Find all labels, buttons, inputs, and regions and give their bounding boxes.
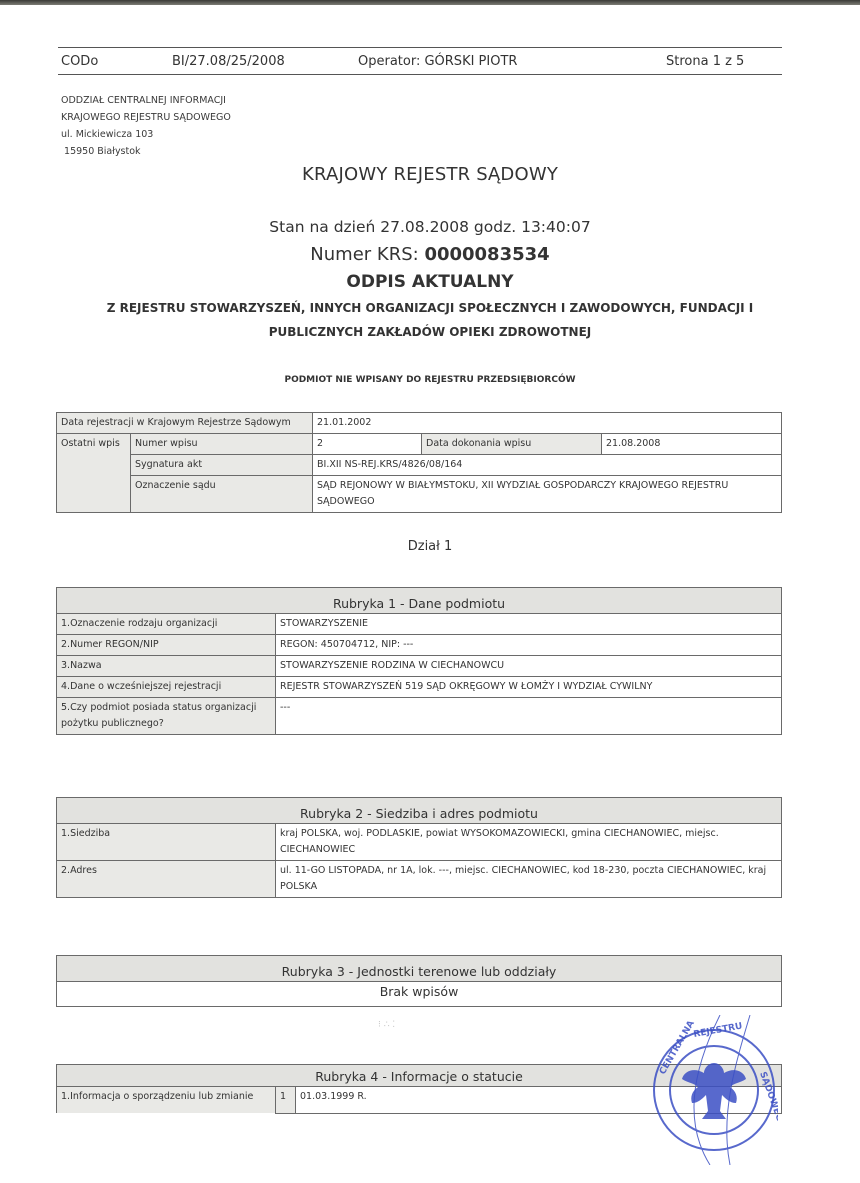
official-seal-icon: CENTRALNA REJESTRU SĄDOWEGO: [650, 1015, 778, 1165]
row-label: 2.Numer REGON/NIP: [57, 635, 276, 656]
row-value: ul. 11-GO LISTOPADA, nr 1A, lok. ---, mi…: [276, 861, 782, 898]
svg-text:SĄDOWEGO: SĄDOWEGO: [757, 1071, 778, 1131]
row-label: 4.Dane o wcześniejszej rejestracji: [57, 677, 276, 698]
rubryka-3-title: Rubryka 3 - Jednostki terenowe lub oddzi…: [57, 956, 782, 982]
subtitle-line-2: PUBLICZNYCH ZAKŁADÓW OPIEKI ZDROWOTNEJ: [0, 320, 860, 344]
svg-text:CENTRALNA: CENTRALNA: [658, 1019, 697, 1076]
table-row: 1.Oznaczenie rodzaju organizacji STOWARZ…: [57, 614, 782, 635]
scan-top-edge: [0, 0, 860, 5]
header-code: CODo: [61, 54, 98, 69]
case-value: BI.XII NS-REJ.KRS/4826/08/164: [313, 455, 782, 476]
row-value: ---: [276, 698, 782, 735]
table-row: 2.Numer REGON/NIP REGON: 450704712, NIP:…: [57, 635, 782, 656]
row-value: REGON: 450704712, NIP: ---: [276, 635, 782, 656]
row-label: 1.Siedziba: [57, 824, 276, 861]
svg-text:REJESTRU: REJESTRU: [693, 1022, 743, 1040]
header-rule-bottom: [58, 74, 782, 75]
row-index: 1: [276, 1087, 296, 1114]
court-value: SĄD REJONOWY W BIAŁYMSTOKU, XII WYDZIAŁ …: [313, 476, 782, 513]
subtitle-line-1: Z REJESTRU STOWARZYSZEŃ, INNYCH ORGANIZA…: [0, 296, 860, 320]
office-line: KRAJOWEGO REJESTRU SĄDOWEGO: [61, 109, 231, 126]
entry-no-label: Numer wpisu: [131, 434, 313, 455]
entry-date-label: Data dokonania wpisu: [422, 434, 602, 455]
table-row: 4.Dane o wcześniejszej rejestracji REJES…: [57, 677, 782, 698]
table-row: 3.Nazwa STOWARZYSZENIE RODZINA W CIECHAN…: [57, 656, 782, 677]
faded-stamp-mark: ⁝ ∴ ⁚: [378, 1020, 395, 1030]
table-row: 2.Adres ul. 11-GO LISTOPADA, nr 1A, lok.…: [57, 861, 782, 898]
row-label: 2.Adres: [57, 861, 276, 898]
row-label: 3.Nazwa: [57, 656, 276, 677]
rubryka-2-title: Rubryka 2 - Siedziba i adres podmiotu: [57, 798, 782, 824]
section-heading: Dział 1: [0, 539, 860, 554]
rubryka-3-table: Rubryka 3 - Jednostki terenowe lub oddzi…: [56, 955, 782, 1007]
row-label: 1.Oznaczenie rodzaju organizacji: [57, 614, 276, 635]
rubryka-1-table: Rubryka 1 - Dane podmiotu 1.Oznaczenie r…: [56, 587, 782, 735]
reg-date-value: 21.01.2002: [313, 413, 782, 434]
rubryka-2-table: Rubryka 2 - Siedziba i adres podmiotu 1.…: [56, 797, 782, 898]
header-page-number: Strona 1 z 5: [666, 54, 744, 69]
krs-label: Numer KRS:: [310, 244, 424, 265]
registry-title: KRAJOWY REJESTR SĄDOWY: [0, 164, 860, 185]
not-registered-note: PODMIOT NIE WPISANY DO REJESTRU PRZEDSIĘ…: [0, 375, 860, 385]
row-value: kraj POLSKA, woj. PODLASKIE, powiat WYSO…: [276, 824, 782, 861]
court-label: Oznaczenie sądu: [131, 476, 313, 513]
registration-meta-table: Data rejestracji w Krajowym Rejestrze Są…: [56, 412, 782, 513]
row-label: 1.Informacja o sporządzeniu lub zmianie: [57, 1087, 276, 1114]
header-rule-top: [58, 47, 782, 48]
reg-date-label: Data rejestracji w Krajowym Rejestrze Są…: [57, 413, 313, 434]
office-line: 15950 Białystok: [61, 143, 231, 160]
row-value: STOWARZYSZENIE: [276, 614, 782, 635]
row-value: REJESTR STOWARZYSZEŃ 519 SĄD OKRĘGOWY W …: [276, 677, 782, 698]
table-row: 5.Czy podmiot posiada status organizacji…: [57, 698, 782, 735]
table-row: 1.Siedziba kraj POLSKA, woj. PODLASKIE, …: [57, 824, 782, 861]
row-label: 5.Czy podmiot posiada status organizacji…: [57, 698, 276, 735]
krs-number: 0000083534: [424, 244, 549, 265]
register-subtitle: Z REJESTRU STOWARZYSZEŃ, INNYCH ORGANIZA…: [0, 296, 860, 344]
office-line: ODDZIAŁ CENTRALNEJ INFORMACJI: [61, 92, 231, 109]
issuing-office: ODDZIAŁ CENTRALNEJ INFORMACJI KRAJOWEGO …: [61, 92, 231, 160]
office-line: ul. Mickiewicza 103: [61, 126, 231, 143]
case-label: Sygnatura akt: [131, 455, 313, 476]
rubryka-1-title: Rubryka 1 - Dane podmiotu: [57, 588, 782, 614]
state-date: Stan na dzień 27.08.2008 godz. 13:40:07: [0, 218, 860, 236]
header-reference: BI/27.08/25/2008: [172, 54, 285, 69]
entry-no-value: 2: [313, 434, 422, 455]
header-operator: Operator: GÓRSKI PIOTR: [358, 54, 517, 69]
krs-number-line: Numer KRS: 0000083534: [0, 244, 860, 265]
document-type: ODPIS AKTUALNY: [0, 272, 860, 292]
last-entry-label: Ostatni wpis: [57, 434, 131, 513]
no-entries: Brak wpisów: [57, 982, 782, 1007]
row-value: STOWARZYSZENIE RODZINA W CIECHANOWCU: [276, 656, 782, 677]
entry-date-value: 21.08.2008: [602, 434, 782, 455]
